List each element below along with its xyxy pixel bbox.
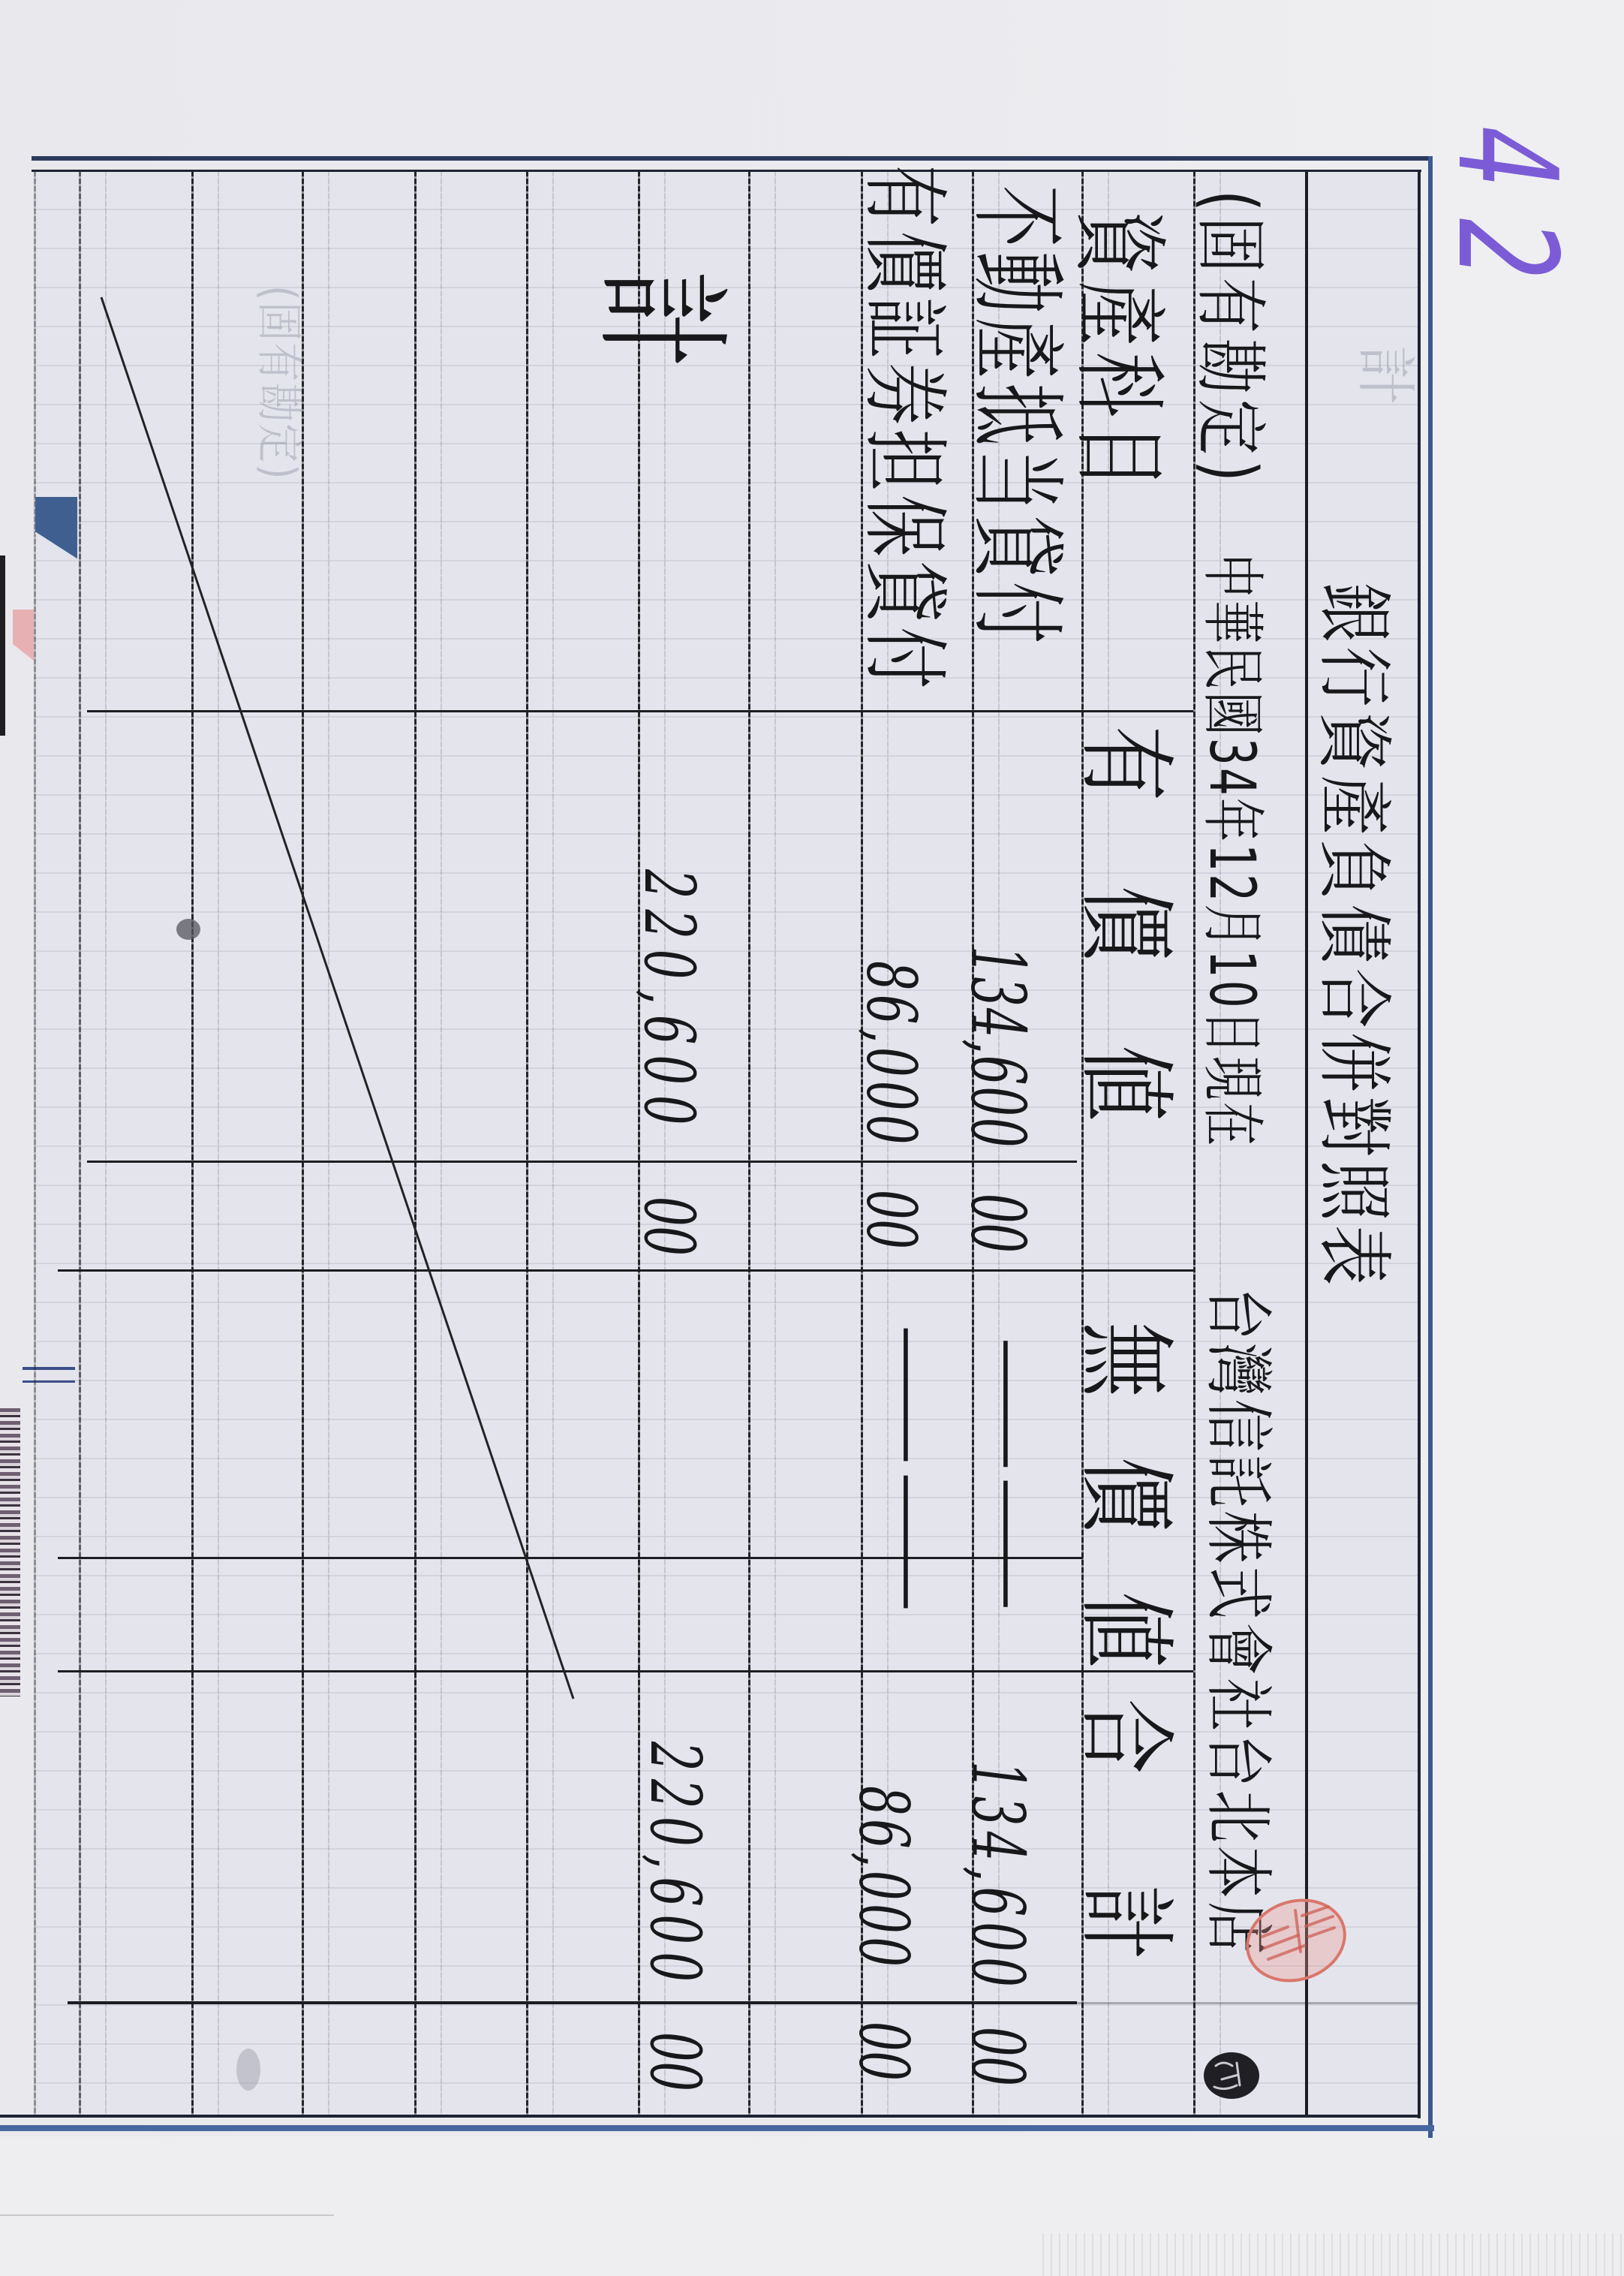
valuable-sen: 00 bbox=[958, 1194, 1037, 1253]
column-header-subject: 資產科目 bbox=[1067, 210, 1169, 495]
faint-grid-line bbox=[552, 171, 554, 2115]
total-yen: 86,000 bbox=[847, 1786, 920, 1970]
top-border-inner bbox=[32, 170, 1421, 172]
blue-edge-mark bbox=[23, 1380, 75, 1383]
edge-barcode-strip bbox=[0, 1408, 20, 1696]
total-yen: 134,600 bbox=[959, 1761, 1036, 1992]
grid-line-left-edge bbox=[34, 171, 36, 2115]
faint-grid-line bbox=[105, 171, 107, 2115]
column-line-subject-valuable bbox=[87, 710, 1193, 712]
paper-edge-shadow bbox=[0, 555, 5, 736]
grid-line bbox=[748, 171, 750, 2115]
valuable-yen: 134,600 bbox=[958, 946, 1037, 1149]
as-of-date: 中華民國34年12月10日現在 bbox=[1195, 554, 1268, 1148]
total-sen: 00 bbox=[847, 2022, 920, 2081]
valueless-dash: —— bbox=[880, 1321, 940, 1615]
grid-line bbox=[79, 171, 81, 2115]
scanned-document-page: (固有勘定) 計 42 銀行資產負債合併對照表 (固有勘定) 中華民國34年12… bbox=[0, 0, 1624, 2276]
row-subject: 有價証券担保貸付 bbox=[859, 165, 947, 693]
column-header-valueless: 無價値 bbox=[1075, 1322, 1177, 1727]
blue-edge-mark bbox=[23, 1367, 75, 1370]
column-line-yen-sen bbox=[68, 2001, 1077, 2004]
column-header-valuable: 有價値 bbox=[1075, 726, 1177, 1206]
pink-index-tab-icon bbox=[13, 610, 34, 661]
bottom-border-inner bbox=[0, 2115, 1421, 2118]
column-line-yen-sen bbox=[87, 1161, 1077, 1163]
bottom-border-outer bbox=[0, 2125, 1434, 2131]
row-subject: 不動產抵当貸付 bbox=[963, 185, 1068, 648]
grid-line bbox=[191, 171, 194, 2115]
sum-valuable-sen: 00 bbox=[632, 1197, 706, 1256]
bleed-through-account-type: (固有勘定) bbox=[240, 285, 315, 481]
faint-grid-line bbox=[774, 171, 776, 2115]
right-border-inner bbox=[1418, 170, 1421, 2118]
grid-line-title-separator bbox=[1305, 171, 1308, 2115]
faint-grid-line bbox=[218, 171, 219, 2115]
total-sen: 00 bbox=[959, 2027, 1036, 2086]
faint-margin-line bbox=[0, 2214, 334, 2216]
faint-grid-line bbox=[441, 171, 442, 2115]
column-line-valuable-valueless bbox=[58, 1269, 1193, 1272]
column-line-valueless-total bbox=[58, 1670, 1193, 1672]
column-header-total: 合計 bbox=[1075, 1699, 1177, 2071]
valuable-sen: 00 bbox=[855, 1190, 928, 1249]
grid-line bbox=[526, 171, 528, 2115]
grid-line bbox=[414, 171, 417, 2115]
institution-name: 台灣信託株式會社台北本店 bbox=[1201, 1287, 1275, 1958]
right-margin bbox=[1434, 0, 1624, 2276]
bleed-through-total-label: 計 bbox=[1351, 345, 1418, 405]
sum-total-yen: 220,600 bbox=[638, 1742, 712, 1990]
top-border-outer bbox=[32, 156, 1432, 161]
valuable-yen: 86,000 bbox=[855, 961, 928, 1149]
right-border-outer bbox=[1428, 156, 1433, 2138]
faint-grid-line bbox=[328, 171, 329, 2115]
scan-artifact bbox=[1036, 2233, 1624, 2276]
sum-valuable-yen: 220,600 bbox=[632, 869, 706, 1135]
sum-label: 計 bbox=[589, 270, 732, 368]
valueless-dash: —— bbox=[979, 1334, 1039, 1614]
sum-total-sen: 00 bbox=[638, 2032, 712, 2091]
document-title: 銀行資產負債合併對照表 bbox=[1312, 583, 1394, 1290]
account-type-label: (固有勘定) bbox=[1192, 190, 1267, 487]
page-number-mark: 42 bbox=[1448, 126, 1565, 310]
